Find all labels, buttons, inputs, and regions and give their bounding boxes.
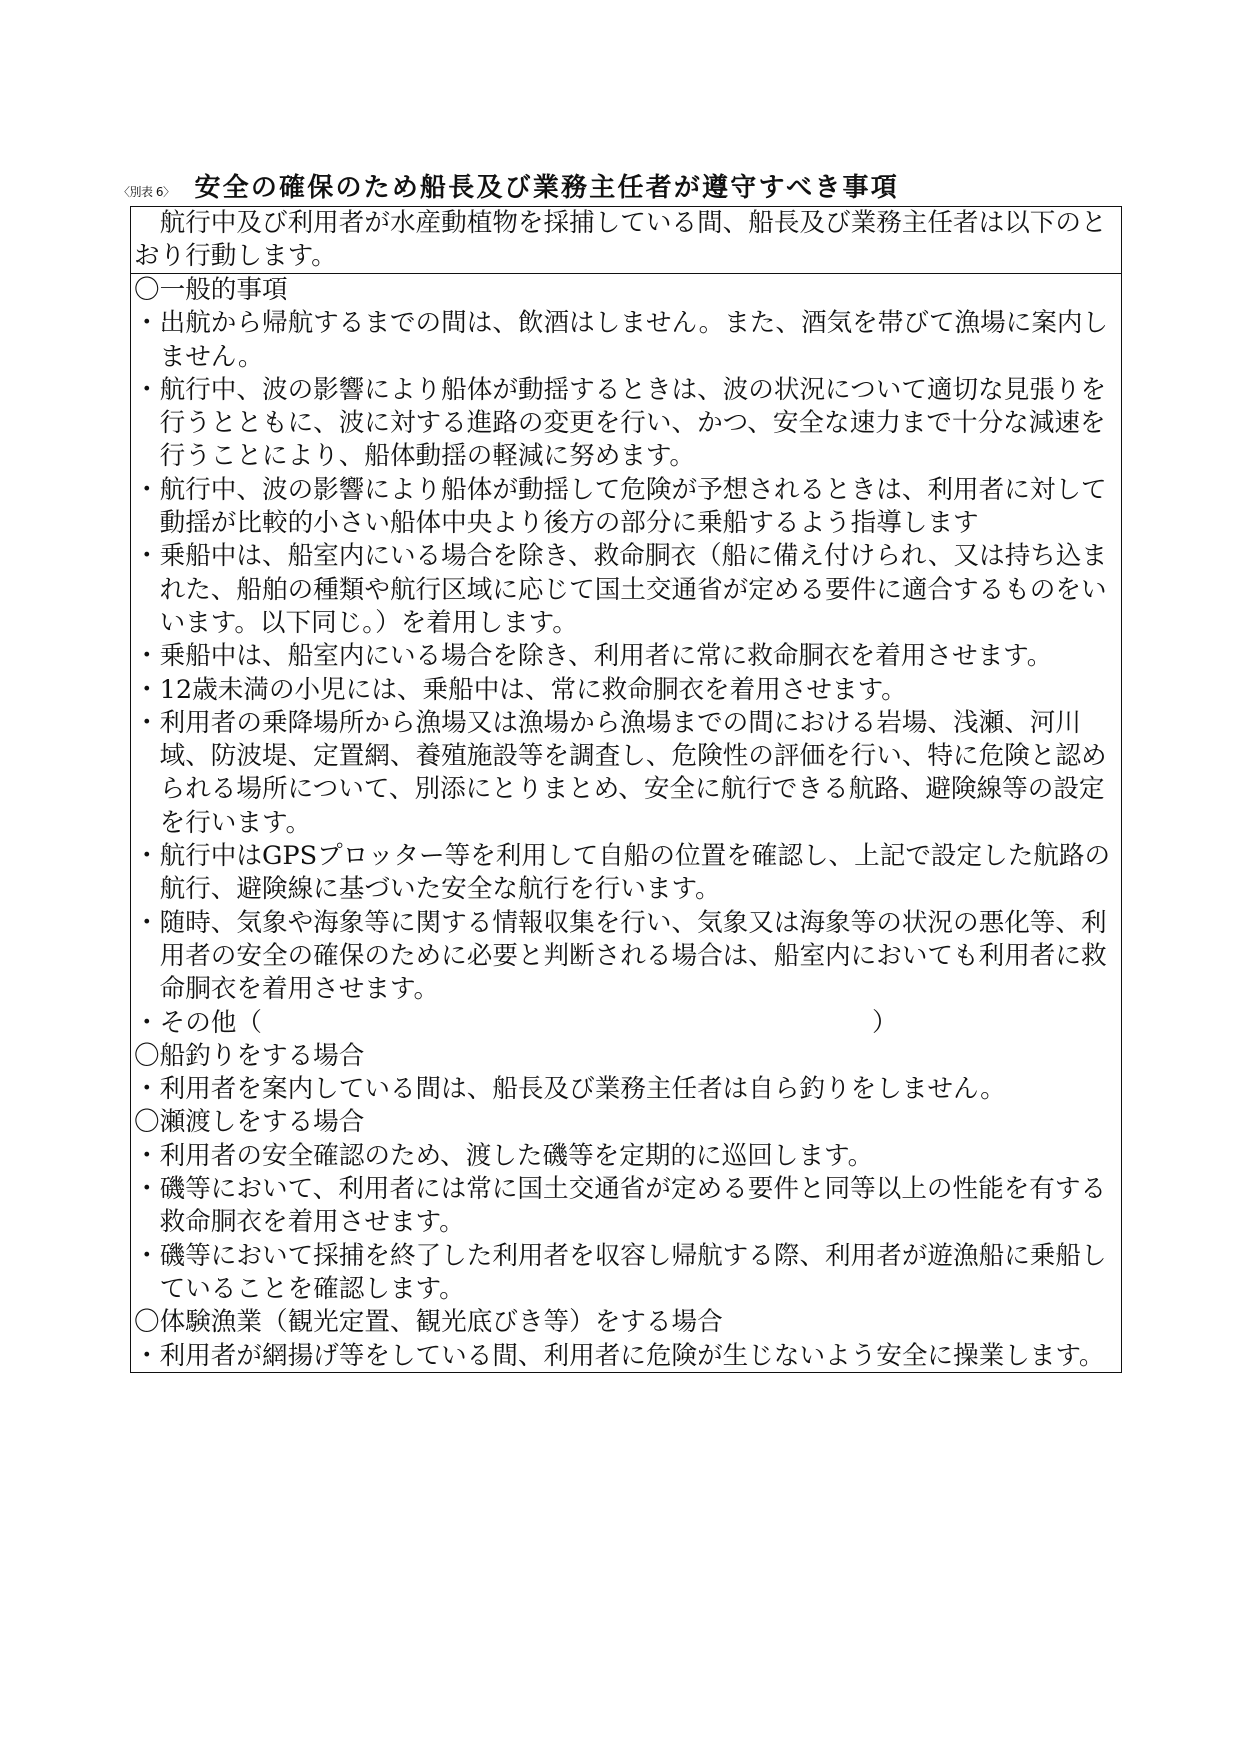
document-header: 〈別表 6〉 安全の確保のため船長及び業務主任者が遵守すべき事項: [118, 170, 899, 204]
list-item-text: 磯等において、利用者には常に国土交通省が定める要件と同等以上の性能を有する救命胴…: [160, 1173, 1121, 1240]
list-item-text: 利用者が網揚げ等をしている間、利用者に危険が生じないよう安全に操業します。: [160, 1340, 1121, 1373]
appendix-label: 〈別表 6〉: [118, 184, 174, 200]
bullet-icon: ・: [134, 474, 160, 541]
bullet-icon: ・: [134, 640, 160, 673]
list-item-text: 利用者の安全確認のため、渡した磯等を定期的に巡回します。: [160, 1140, 1121, 1173]
bullet-icon: ・: [134, 707, 160, 840]
list-item: ・磯等において採捕を終了した利用者を収容し帰航する際、利用者が遊漁船に乗船してい…: [134, 1240, 1121, 1307]
list-item: ・随時、気象や海象等に関する情報収集を行い、気象又は海象等の状況の悪化等、利用者…: [134, 907, 1121, 1007]
list-item: ・航行中はGPSプロッター等を利用して自船の位置を確認し、上記で設定した航路の航…: [134, 840, 1121, 907]
bullet-icon: ・: [134, 840, 160, 907]
list-item-text: 乗船中は、船室内にいる場合を除き、救命胴衣（船に備え付けられ、又は持ち込まれた、…: [160, 540, 1121, 640]
list-item: ・乗船中は、船室内にいる場合を除き、利用者に常に救命胴衣を着用させます。: [134, 640, 1121, 673]
list-item-text: 出航から帰航するまでの間は、飲酒はしません。また、酒気を帯びて漁場に案内しません…: [160, 307, 1121, 374]
section-heading-experience-fishing: 〇体験漁業（観光定置、観光底びき等）をする場合: [134, 1306, 1121, 1339]
bullet-icon: ・: [134, 674, 160, 707]
list-item: ・航行中、波の影響により船体が動揺するときは、波の状況について適切な見張りを行う…: [134, 374, 1121, 474]
list-item-other: ・ その他（）: [134, 1007, 1121, 1040]
list-item-text: 乗船中は、船室内にいる場合を除き、利用者に常に救命胴衣を着用させます。: [160, 640, 1121, 673]
list-item: ・航行中、波の影響により船体が動揺して危険が予想されるときは、利用者に対して動揺…: [134, 474, 1121, 541]
list-item-text: 航行中はGPSプロッター等を利用して自船の位置を確認し、上記で設定した航路の航行…: [160, 840, 1121, 907]
rules-section: 〇一般的事項 ・出航から帰航するまでの間は、飲酒はしません。また、酒気を帯びて漁…: [131, 273, 1121, 1372]
list-item-text: 12歳未満の小児には、乗船中は、常に救命胴衣を着用させます。: [160, 674, 1121, 707]
list-item: ・乗船中は、船室内にいる場合を除き、救命胴衣（船に備え付けられ、又は持ち込まれた…: [134, 540, 1121, 640]
list-item: ・利用者を案内している間は、船長及び業務主任者は自ら釣りをしません。: [134, 1073, 1121, 1106]
list-item: ・利用者が網揚げ等をしている間、利用者に危険が生じないよう安全に操業します。: [134, 1340, 1121, 1373]
bullet-icon: ・: [134, 907, 160, 1007]
bullet-icon: ・: [134, 1173, 160, 1240]
list-item: ・利用者の乗降場所から漁場又は漁場から漁場までの間における岩場、浅瀬、河川域、防…: [134, 707, 1121, 840]
intro-text: 航行中及び利用者が水産動植物を採捕している間、船長及び業務主任者は以下のとおり行…: [134, 207, 1121, 274]
list-item: ・出航から帰航するまでの間は、飲酒はしません。また、酒気を帯びて漁場に案内しませ…: [134, 307, 1121, 374]
rules-table: 航行中及び利用者が水産動植物を採捕している間、船長及び業務主任者は以下のとおり行…: [130, 206, 1122, 1373]
list-item-text: 航行中、波の影響により船体が動揺して危険が予想されるときは、利用者に対して動揺が…: [160, 474, 1121, 541]
bullet-icon: ・: [134, 307, 160, 374]
list-item-text: 磯等において採捕を終了した利用者を収容し帰航する際、利用者が遊漁船に乗船している…: [160, 1240, 1121, 1307]
bullet-icon: ・: [134, 1240, 160, 1307]
bullet-icon: ・: [134, 1140, 160, 1173]
list-item: ・利用者の安全確認のため、渡した磯等を定期的に巡回します。: [134, 1140, 1121, 1173]
intro-section: 航行中及び利用者が水産動植物を採捕している間、船長及び業務主任者は以下のとおり行…: [131, 207, 1121, 273]
list-item: ・磯等において、利用者には常に国土交通省が定める要件と同等以上の性能を有する救命…: [134, 1173, 1121, 1240]
section-heading-general: 〇一般的事項: [134, 274, 1121, 307]
bullet-icon: ・: [134, 540, 160, 640]
section-heading-rock-ferry: 〇瀬渡しをする場合: [134, 1106, 1121, 1139]
bullet-icon: ・: [134, 1007, 160, 1040]
section-heading-boat-fishing: 〇船釣りをする場合: [134, 1040, 1121, 1073]
bullet-icon: ・: [134, 1340, 160, 1373]
bullet-icon: ・: [134, 374, 160, 474]
bullet-icon: ・: [134, 1073, 160, 1106]
list-item-text: 利用者の乗降場所から漁場又は漁場から漁場までの間における岩場、浅瀬、河川域、防波…: [160, 707, 1121, 840]
document-title: 安全の確保のため船長及び業務主任者が遵守すべき事項: [194, 172, 898, 204]
list-item-text: 随時、気象や海象等に関する情報収集を行い、気象又は海象等の状況の悪化等、利用者の…: [160, 907, 1121, 1007]
list-item: ・12歳未満の小児には、乗船中は、常に救命胴衣を着用させます。: [134, 674, 1121, 707]
other-close-paren: ）: [872, 1008, 898, 1038]
other-label: その他（: [160, 1008, 262, 1038]
list-item-text: 利用者を案内している間は、船長及び業務主任者は自ら釣りをしません。: [160, 1073, 1121, 1106]
list-item-text: 航行中、波の影響により船体が動揺するときは、波の状況について適切な見張りを行うと…: [160, 374, 1121, 474]
